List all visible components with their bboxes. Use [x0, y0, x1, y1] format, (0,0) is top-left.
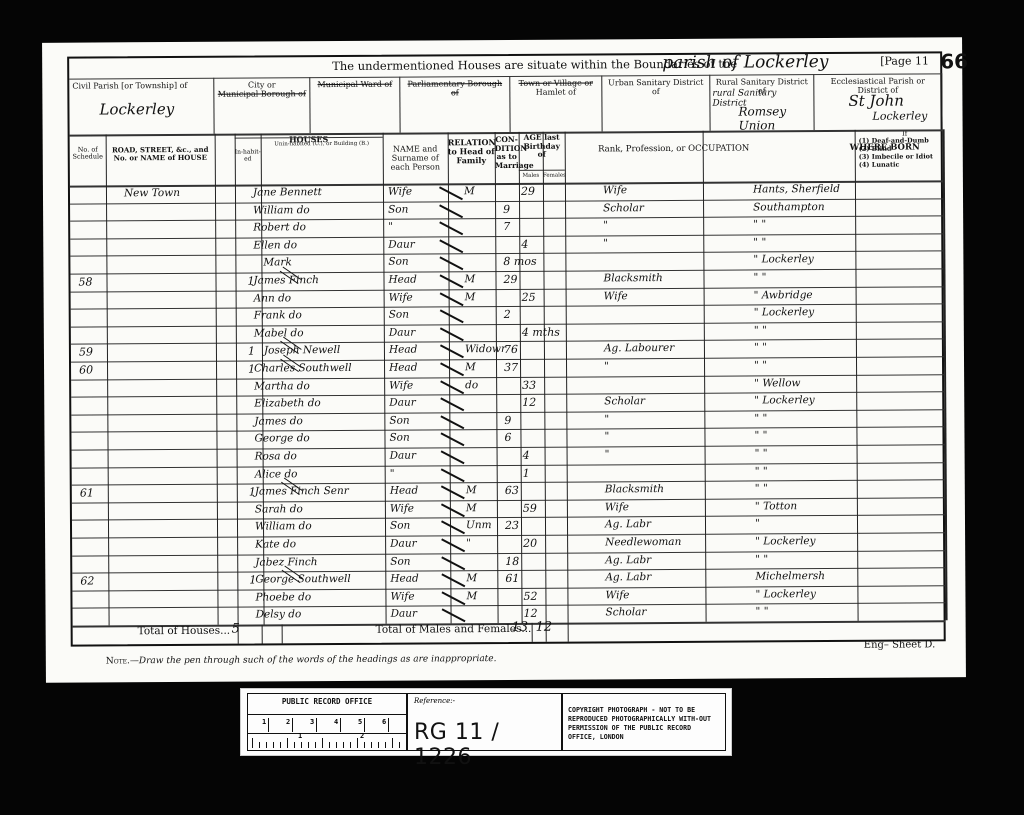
ruler-tick: [378, 742, 379, 748]
person-name: Robert do: [253, 221, 306, 233]
ruler-tick: [329, 742, 330, 748]
where-born: ": [755, 518, 760, 530]
relation: Head: [390, 573, 418, 585]
relation: Daur: [389, 326, 416, 338]
relation: Son: [388, 256, 408, 268]
occupation: ": [604, 360, 609, 372]
person-name: Joseph Newell: [264, 344, 340, 356]
condition: M: [465, 291, 476, 303]
female-age: 12: [524, 607, 538, 620]
scale-number: 5: [358, 718, 365, 732]
where-born: " ": [754, 430, 767, 442]
office-scale-box: PUBLIC RECORD OFFICE 123456 12: [247, 693, 407, 751]
person-name: Elizabeth do: [254, 397, 321, 409]
male-age: 8 mos: [503, 255, 536, 268]
col-infirmity-4: (4) Lunatic: [859, 162, 900, 170]
col-road: ROAD, STREET, &c., and No. or NAME of HO…: [106, 146, 215, 163]
person-name: William do: [255, 521, 312, 533]
reference-value: RG 11 / 1226: [414, 720, 561, 770]
col-schedule: No. of Schedule: [70, 146, 106, 161]
ruler-tick: [273, 742, 274, 748]
copyright-box: COPYRIGHT PHOTOGRAPH - NOT TO BE REPRODU…: [562, 693, 726, 751]
administrative-areas: Civil Parish [or Township] ofLockerleyCi…: [42, 37, 962, 43]
where-born: " Totton: [755, 500, 797, 512]
admin-value-2: Lockerley: [872, 109, 927, 122]
census-rows: New TownJane BennettWifeM29WifeHants, Sh…: [42, 37, 962, 43]
relation: Wife: [389, 291, 413, 303]
person-name: Alice do: [255, 468, 298, 480]
where-born: " Lockerley: [754, 394, 815, 406]
ruler-number: 1: [298, 732, 302, 740]
reference-label: Reference:-: [414, 697, 455, 705]
person-name: Frank do: [254, 309, 302, 321]
admin-label-1: Town or Village or: [513, 78, 598, 88]
admin-area-3: Parliamentary Borough of: [400, 76, 510, 133]
occupation: Wife: [605, 589, 629, 601]
male-age: 9: [504, 414, 511, 427]
person-name: Ellen do: [253, 239, 297, 251]
sheet-id: Eng– Sheet D.: [864, 639, 936, 650]
relation: Head: [389, 344, 417, 356]
condition: M: [464, 185, 475, 197]
col-condition: CON-DITION as to Marriage: [495, 136, 519, 171]
male-age: 61: [505, 572, 519, 585]
admin-area-7: Ecclesiastical Parish orDistrict ofSt Jo…: [814, 73, 942, 130]
scale-number: 1: [262, 718, 269, 732]
schedule-number: 62: [80, 575, 94, 588]
total-persons-label: Total of Males and Females...: [376, 623, 532, 636]
ruler-tick: [350, 742, 351, 748]
relation: Head: [390, 485, 418, 497]
female-age: 20: [523, 537, 537, 550]
ruler-tick: [280, 742, 281, 748]
occupation: Blacksmith: [605, 483, 664, 495]
relation: Daur: [389, 397, 416, 409]
inhabited-count: 1: [248, 345, 255, 358]
schedule-number: 61: [80, 487, 94, 500]
column-headers: No. of ScheduleROAD, STREET, &c., and No…: [42, 37, 962, 43]
where-born: " ": [753, 236, 766, 248]
condition: M: [466, 502, 477, 514]
relation: Son: [390, 520, 410, 532]
male-age: 7: [503, 220, 510, 233]
male-age: 76: [504, 343, 518, 356]
total-males: 13: [512, 620, 529, 635]
female-age: 33: [522, 378, 536, 391]
admin-area-2: Municipal Ward of: [310, 77, 400, 134]
person-name: Rosa do: [255, 450, 297, 462]
where-born: " ": [754, 342, 767, 354]
col-occupation: Rank, Profession, or OCCUPATION: [565, 144, 783, 155]
occupation: Scholar: [603, 202, 644, 214]
ruler-tick: [315, 742, 316, 748]
person-name: Mark: [263, 257, 291, 269]
ruler-tick: [385, 742, 386, 748]
female-age: 1: [523, 466, 530, 479]
occupation: Ag. Labr: [605, 571, 651, 583]
person-name: James do: [254, 415, 302, 427]
male-age: 2: [504, 308, 511, 321]
relation: Son: [389, 309, 409, 321]
where-born: " Lockerley: [753, 253, 814, 265]
column-rule: [532, 623, 533, 642]
relation: Head: [388, 274, 416, 286]
ruler-tick: [364, 742, 365, 748]
ruler-tick: [392, 738, 393, 748]
admin-value: Lockerley: [99, 100, 174, 118]
occupation: Wife: [605, 501, 629, 513]
footnote-prefix: Note.: [106, 656, 130, 666]
relation: Wife: [389, 379, 413, 391]
occupation: Scholar: [606, 607, 647, 619]
census-page: The undermentioned Houses are situate wi…: [42, 37, 966, 683]
schedule-number: 59: [79, 346, 93, 359]
column-rule: [568, 623, 569, 642]
copyright-text: COPYRIGHT PHOTOGRAPH - NOT TO BE REPRODU…: [568, 706, 720, 742]
col-inhabited: In-habit-ed: [235, 149, 261, 163]
where-born: " ": [753, 271, 766, 283]
total-females: 12: [536, 620, 553, 635]
admin-label: Parliamentary Borough of: [403, 79, 506, 98]
admin-value-2: Romsey Union: [738, 104, 813, 132]
reference-box: Reference:- RG 11 / 1226: [407, 693, 562, 751]
census-grid: [42, 37, 962, 43]
where-born: " ": [755, 447, 768, 459]
male-age: 18: [505, 555, 519, 568]
road-name: New Town: [124, 187, 180, 199]
female-age: 52: [523, 590, 537, 603]
col-males: Males: [519, 173, 543, 179]
where-born: " ": [753, 219, 766, 231]
occupation: ": [603, 220, 608, 232]
person-name: Ann do: [254, 292, 292, 304]
ruler-tick: [357, 738, 358, 748]
where-born: " ": [754, 359, 767, 371]
admin-area-1: City orMunicipal Borough of: [214, 77, 310, 134]
person-name: Sarah do: [255, 503, 303, 515]
scale-number: 2: [286, 718, 293, 732]
header-handwritten: parish of Lockerley: [662, 52, 828, 73]
female-age: 4 mths: [522, 325, 560, 338]
occupation: Needlewoman: [605, 536, 681, 548]
admin-label: Civil Parish [or Township] of: [72, 81, 210, 91]
male-age: 37: [504, 361, 518, 374]
column-rule: [282, 624, 283, 643]
condition: Unm: [466, 519, 492, 531]
male-age: 9: [503, 203, 510, 216]
footnote: Note.—Draw the pen through such of the w…: [106, 654, 497, 666]
where-born: " ": [754, 324, 767, 336]
admin-area-4: Town or Village orHamlet of: [510, 75, 602, 132]
person-name: Jane Bennett: [253, 186, 322, 198]
male-age: 63: [505, 484, 519, 497]
person-name: Martha do: [254, 380, 310, 392]
col-relation: RELATION to Head of Family: [448, 138, 495, 166]
col-uninhabited: Unin-habited (U.), or Building (B.): [261, 141, 383, 148]
relation: Daur: [390, 538, 417, 550]
person-name: George do: [254, 433, 309, 445]
footnote-text: —Draw the pen through such of the words …: [130, 654, 497, 666]
where-born: " ": [755, 465, 768, 477]
folio-number: 66: [940, 49, 968, 73]
ruler-tick: [308, 742, 309, 748]
scale-number: 4: [334, 718, 341, 732]
condition: M: [466, 590, 477, 602]
occupation: Scholar: [604, 395, 645, 407]
ruler-tick: [252, 738, 253, 748]
where-born: " Awbridge: [754, 289, 813, 301]
female-age: 4: [521, 238, 528, 251]
ruler-tick: [399, 742, 400, 748]
male-age: 6: [504, 431, 511, 444]
condition: M: [464, 273, 475, 285]
office-name: PUBLIC RECORD OFFICE: [248, 697, 406, 706]
relation: Son: [389, 414, 409, 426]
person-name: Delsy do: [256, 609, 302, 621]
admin-area-6: Rural Sanitary District ofrural Sanitary…: [710, 74, 814, 131]
where-born: " Lockerley: [755, 588, 816, 600]
occupation: ": [604, 413, 609, 425]
admin-area-0: Civil Parish [or Township] ofLockerley: [69, 78, 214, 135]
total-houses-label: Total of Houses...: [138, 625, 231, 638]
person-name: James Finch Senr: [255, 485, 349, 498]
occupation: Blacksmith: [603, 272, 662, 284]
occupation: Ag. Labr: [605, 554, 651, 566]
person-name: George Southwell: [255, 573, 350, 586]
male-age: 29: [503, 273, 517, 286]
condition: M: [466, 484, 477, 496]
where-born: Michelmersh: [755, 570, 825, 582]
total-houses-value: 5: [232, 622, 240, 637]
relation: Son: [389, 432, 409, 444]
archive-label: PUBLIC RECORD OFFICE 123456 12 Reference…: [240, 688, 732, 756]
ruler-tick: [322, 738, 323, 748]
page-label: [Page 11: [880, 54, 929, 67]
ruler: 12: [248, 732, 406, 752]
where-born: Southampton: [753, 201, 825, 213]
admin-label: Municipal Ward of: [313, 80, 396, 90]
where-born: Hants, Sherfield: [753, 183, 840, 196]
admin-label: Urban Sanitary District of: [605, 78, 706, 97]
occupation: ": [605, 448, 610, 460]
admin-label-2: Municipal Borough of: [217, 89, 306, 99]
ruler-tick: [294, 742, 295, 748]
relation: Daur: [388, 238, 415, 250]
where-born: " Lockerley: [754, 306, 815, 318]
ruler-tick: [371, 742, 372, 748]
admin-label-1: Ecclesiastical Parish or: [817, 76, 938, 86]
relation: Son: [390, 555, 410, 567]
relation: Wife: [390, 590, 414, 602]
where-born: " Lockerley: [755, 535, 816, 547]
column-rule: [262, 624, 263, 643]
female-age: 59: [523, 502, 537, 515]
scale-number: 3: [310, 718, 317, 732]
ruler-tick: [287, 738, 288, 748]
schedule-number: 58: [78, 276, 92, 289]
scale-strip: 123456: [248, 714, 406, 734]
relation: Wife: [390, 502, 414, 514]
relation: Wife: [388, 186, 412, 198]
relation: ": [388, 221, 393, 233]
scale-number: 6: [382, 718, 389, 732]
condition: M: [466, 572, 477, 584]
person-name: Kate do: [255, 538, 296, 550]
relation: Head: [389, 362, 417, 374]
col-females: Females: [543, 173, 565, 179]
where-born: " ": [754, 412, 767, 424]
female-age: 25: [522, 290, 536, 303]
admin-area-5: Urban Sanitary District of: [602, 75, 710, 132]
admin-value-1: St John: [848, 92, 904, 110]
occupation: ": [604, 431, 609, 443]
female-age: 29: [521, 185, 535, 198]
col-name: NAME and Surname of each Person: [383, 144, 448, 172]
person-name: William do: [253, 204, 310, 216]
female-age: 4: [523, 449, 530, 462]
occupation: Wife: [603, 184, 627, 196]
where-born: " ": [756, 606, 769, 618]
condition: Widowr: [465, 343, 506, 355]
ruler-tick: [343, 742, 344, 748]
condition: M: [465, 361, 476, 373]
ruler-number: 2: [360, 732, 364, 740]
occupation: Ag. Labourer: [604, 342, 674, 354]
female-age: 12: [522, 396, 536, 409]
ruler-tick: [266, 742, 267, 748]
schedule-number: 60: [79, 364, 93, 377]
where-born: " Wellow: [754, 377, 800, 389]
admin-label-2: Hamlet of: [513, 87, 598, 97]
relation: Daur: [391, 608, 418, 620]
ruler-tick: [259, 742, 260, 748]
relation: Daur: [390, 450, 417, 462]
ruler-tick: [336, 742, 337, 748]
relation: ": [390, 467, 395, 479]
where-born: " ": [755, 483, 768, 495]
condition: do: [465, 379, 478, 391]
condition: ": [466, 537, 471, 549]
relation: Son: [388, 203, 408, 215]
person-name: Charles Southwell: [254, 362, 352, 375]
male-age: 23: [505, 519, 519, 532]
where-born: " ": [755, 553, 768, 565]
occupation: Wife: [604, 290, 628, 302]
ruler-tick: [301, 742, 302, 748]
occupation: Ag. Labr: [605, 518, 651, 530]
occupation: ": [603, 237, 608, 249]
person-name: Mabel do: [254, 327, 304, 339]
person-name: Phoebe do: [255, 591, 311, 603]
